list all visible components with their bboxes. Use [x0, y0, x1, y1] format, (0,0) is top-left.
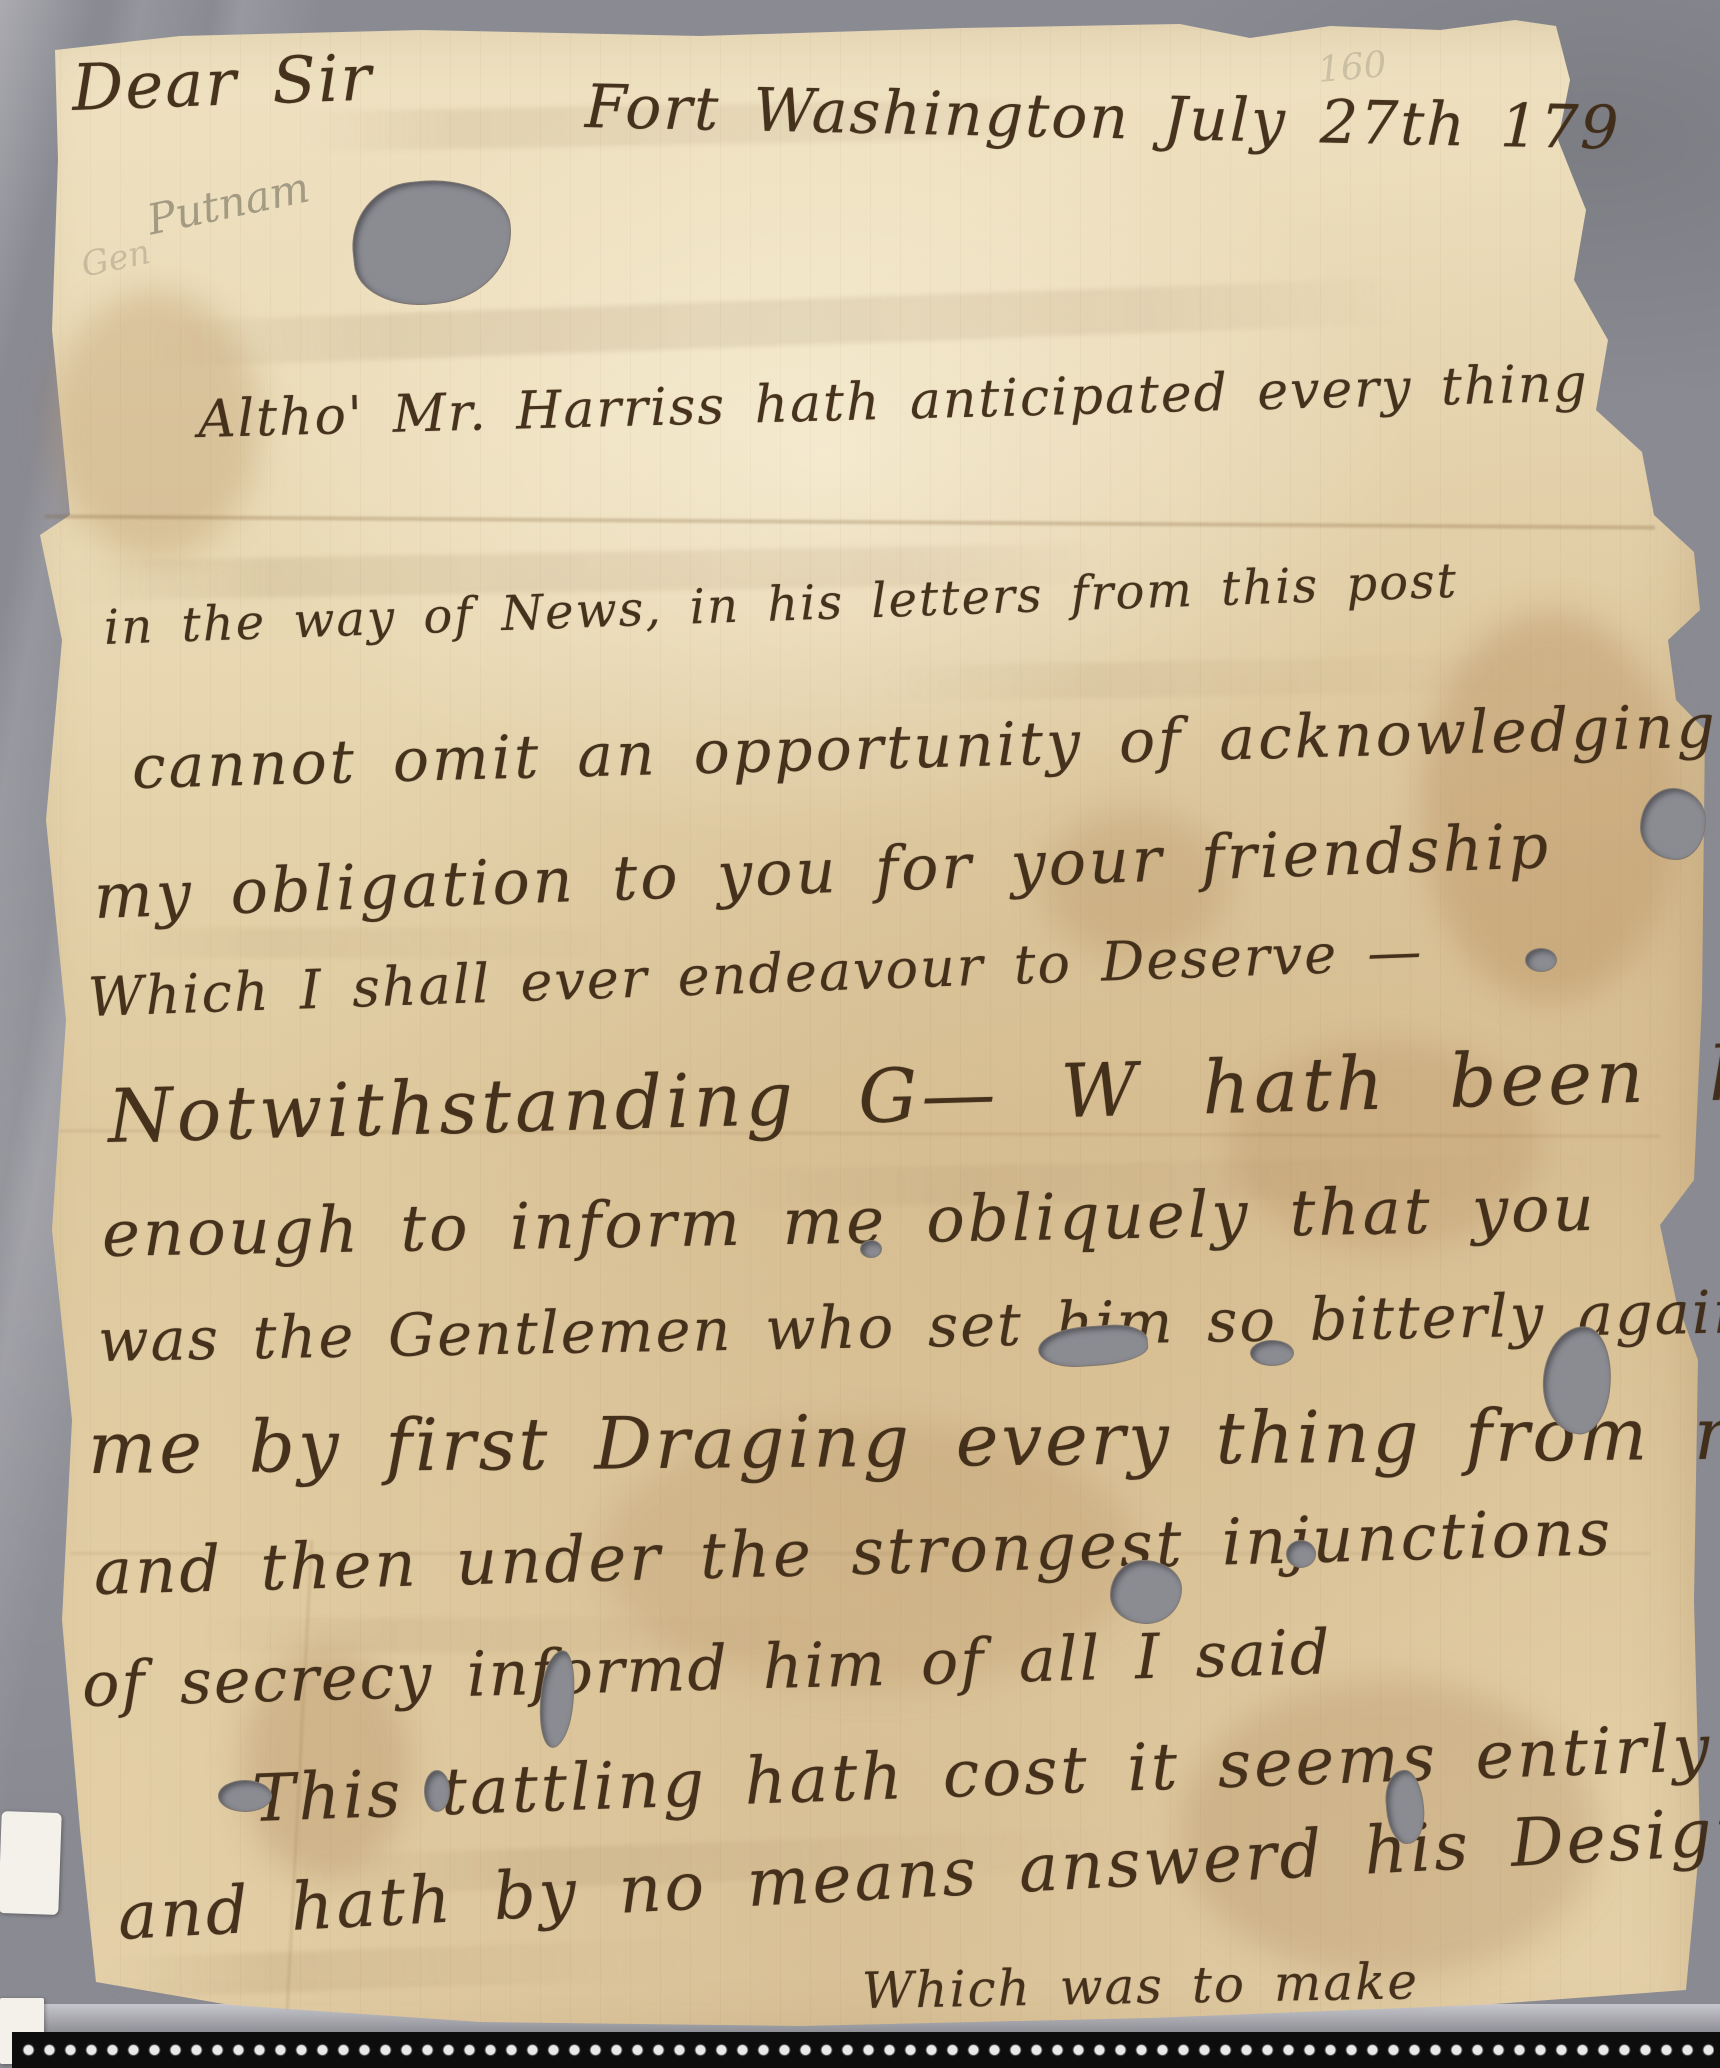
torn-hole [860, 1240, 882, 1258]
torn-hole [1640, 788, 1706, 860]
letter-line-14: Which was to make [861, 1952, 1419, 2020]
torn-hole [1250, 1340, 1294, 1366]
salutation-text: Dear Sir [71, 42, 375, 126]
pencil-annotation-number: 160 [1316, 44, 1388, 91]
letter-line-9: me by first Draging every thing from me [88, 1391, 1720, 1490]
torn-hole [1286, 1540, 1316, 1568]
torn-hole [424, 1770, 450, 1812]
binding-strip [12, 2032, 1720, 2068]
torn-hole [1525, 948, 1557, 972]
binding-dots [18, 2043, 1714, 2057]
letter-photo: Dear Sir Fort Washington July 27th 179 G… [0, 0, 1720, 2068]
torn-hole [218, 1780, 272, 1812]
archival-sticker [0, 1811, 62, 1915]
